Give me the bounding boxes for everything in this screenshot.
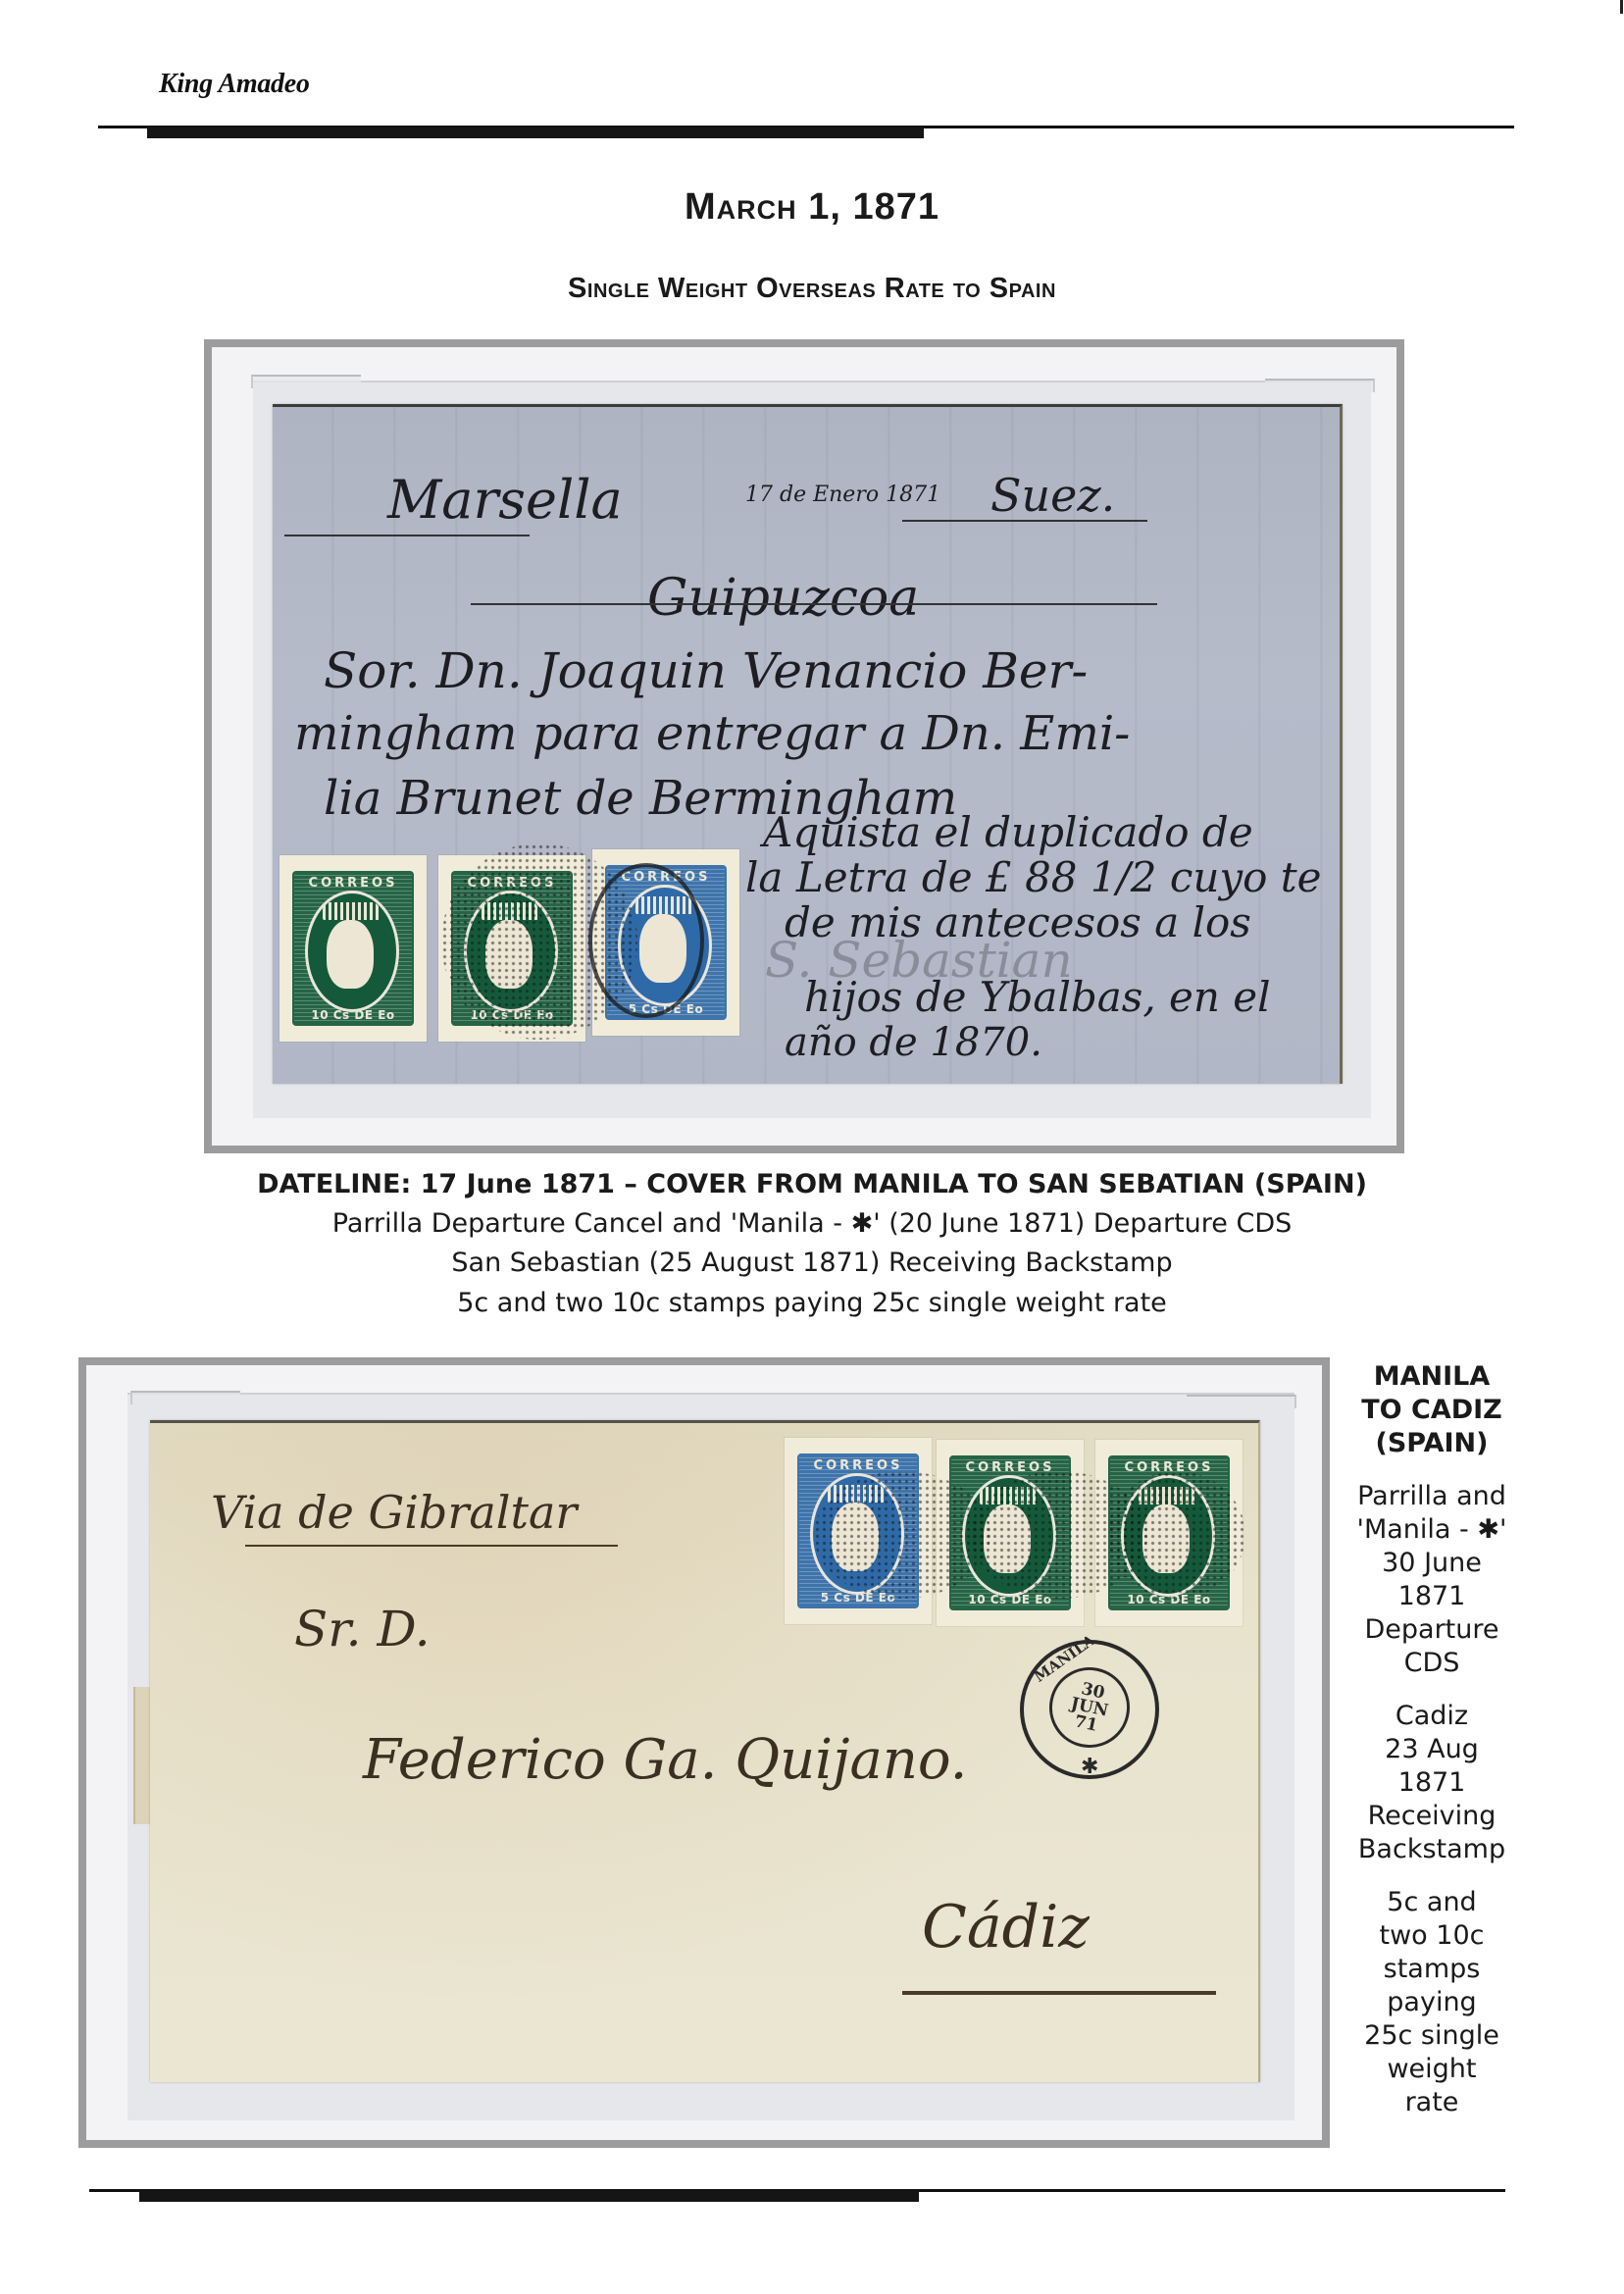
cover2-underline <box>245 1545 618 1547</box>
cover1-underline <box>902 520 1147 522</box>
section-label: King Amadeo <box>159 69 310 100</box>
cover1-corner-tab <box>1265 379 1375 392</box>
page-title: March 1, 1871 <box>0 186 1624 229</box>
cover1-text-note-2: la Letra de £ 88 1/2 cuyo te <box>745 853 1322 901</box>
cover2-side-receiving: Cadiz 23 Aug 1871 Receiving Backstamp <box>1338 1700 1526 1866</box>
cancel-ring <box>588 863 704 1018</box>
cover1-text-province: Guipuzcoa <box>647 569 919 628</box>
footer-rule-thick <box>139 2191 919 2202</box>
cover2-corner-tab <box>130 1391 240 1404</box>
cover2-side-notes: MANILA TO CADIZ (SPAIN) Parrilla and 'Ma… <box>1338 1360 1526 2139</box>
parrilla-cancel <box>1108 1471 1245 1599</box>
cover2-text-city: Cádiz <box>922 1893 1090 1962</box>
cover1-text-address-2: mingham para entregar a Dn. Emi- <box>294 706 1130 761</box>
manila-cds-postmark: MANILA 30 JUN 71 ✱ <box>1020 1640 1159 1779</box>
cover1-caption-line: Parrilla Departure Cancel and 'Manila - … <box>196 1208 1428 1239</box>
cover1-underline <box>471 603 1157 605</box>
header-rule-thick <box>147 127 924 138</box>
cover1-caption-line: 5c and two 10c stamps paying 25c single … <box>196 1288 1428 1318</box>
stamp-10c-green: CORREOS 10 Cs DE Eo <box>279 855 427 1042</box>
cover1-dateline: DATELINE: 17 June 1871 – COVER FROM MANI… <box>196 1169 1428 1199</box>
cover1-text-via: Suez. <box>990 469 1115 522</box>
cover2-side-rate: 5c and two 10c stamps paying 25c single … <box>1338 1886 1526 2119</box>
star-icon: ✱ <box>1081 1755 1098 1779</box>
cover2-double-underline <box>902 1991 1216 1995</box>
cover1-text-origin: Marsella <box>387 469 623 531</box>
cover2-text-addressee: Federico Ga. Quijano. <box>363 1728 967 1792</box>
cover1-text-note-1: Aquista el duplicado de <box>763 808 1253 856</box>
cover1-text-address-1: Sor. Dn. Joaquin Venancio Ber- <box>324 642 1088 699</box>
cover1-text-date: 17 de Enero 1871 <box>745 483 940 507</box>
cover1-text-note-5: año de 1870. <box>785 1020 1042 1065</box>
parrilla-cancel <box>814 1471 990 1599</box>
page-subtitle: Single Weight Overseas Rate to Spain <box>0 273 1624 305</box>
cover2-side-heading: MANILA TO CADIZ (SPAIN) <box>1338 1360 1526 1460</box>
cover2-side-departure: Parrilla and 'Manila - ✱' 30 June 1871 D… <box>1338 1480 1526 1680</box>
cover1-underline <box>284 535 530 536</box>
cover2-text-salutation: Sr. D. <box>294 1601 431 1657</box>
cover1-corner-tab <box>251 375 361 388</box>
cover1-caption-line: San Sebastian (25 August 1871) Receiving… <box>196 1248 1428 1278</box>
cover2-corner-tab <box>1187 1395 1296 1408</box>
cover1-backstamp-ghost: S. Sebastian <box>765 932 1073 989</box>
cover2-text-route: Via de Gibraltar <box>211 1486 577 1539</box>
scan-edge-mark <box>1620 0 1623 14</box>
